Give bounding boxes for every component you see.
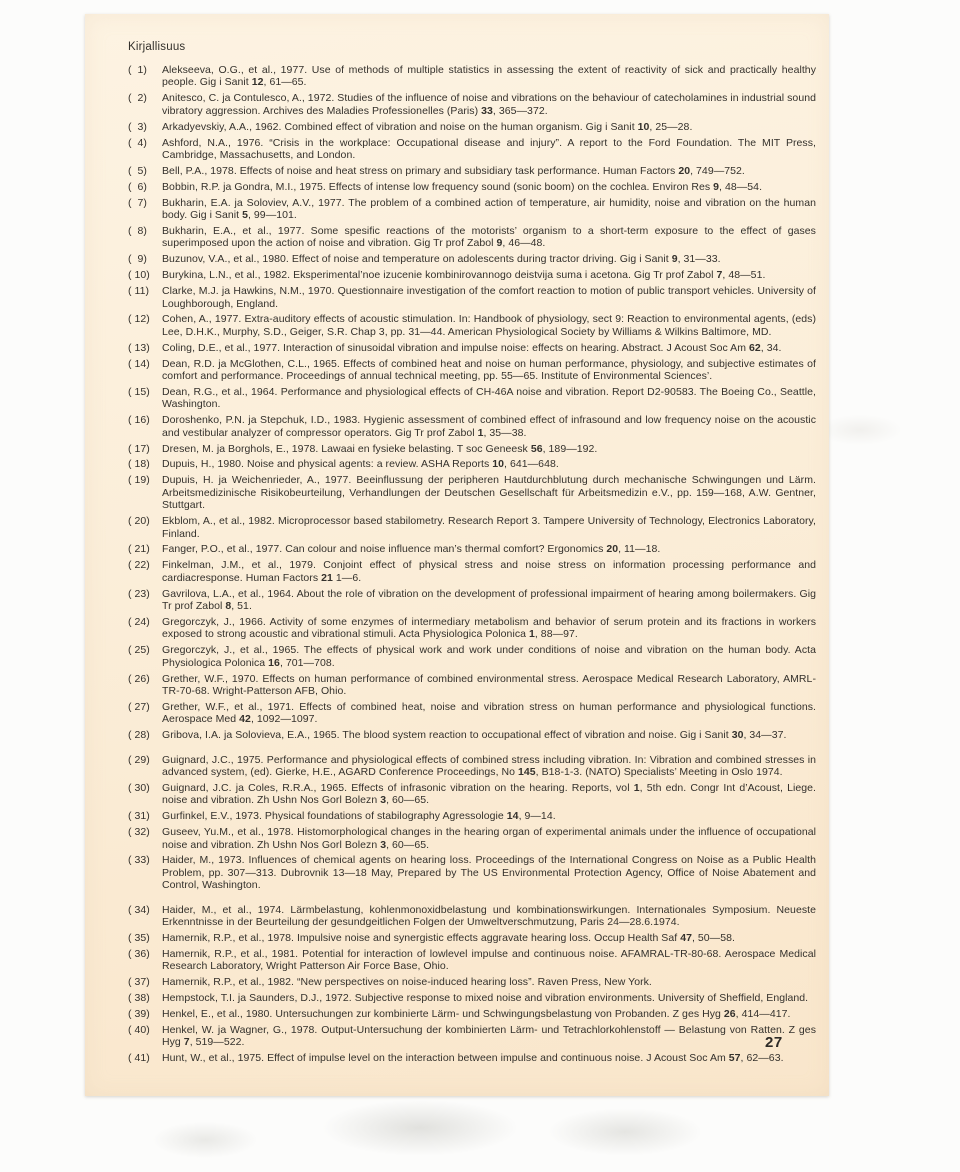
reference-entry: ( 37)Hamernik, R.P., et al., 1982. “New … xyxy=(128,976,816,988)
reference-text-segment: , 50—58. xyxy=(692,932,735,944)
reference-text: Dupuis, H. ja Weichenrieder, A., 1977. B… xyxy=(162,474,816,511)
reference-entry: ( 23)Gavrilova, L.A., et al., 1964. Abou… xyxy=(128,588,816,613)
reference-entry: ( 13)Coling, D.E., et al., 1977. Interac… xyxy=(128,342,816,354)
reference-text: Bukharin, E.A., et al., 1977. Some spesi… xyxy=(162,225,816,249)
reference-text: Haider, M., 1973. Influences of chemical… xyxy=(162,854,816,891)
volume-number: 57 xyxy=(729,1052,741,1064)
reference-entry: ( 15)Dean, R.G., et al., 1964. Performan… xyxy=(128,386,816,411)
volume-number: 62 xyxy=(749,342,761,354)
reference-text: Dresen, M. ja Borghols, E., 1978. Lawaai… xyxy=(162,443,597,455)
reference-text-segment: Finkelman, J.M., et al., 1979. Conjoint … xyxy=(162,559,816,583)
reference-text-segment: Hunt, W., et al., 1975. Effect of impuls… xyxy=(162,1052,729,1064)
reference-entry: ( 31)Gurfinkel, E.V., 1973. Physical fou… xyxy=(128,810,816,822)
volume-number: 26 xyxy=(724,1008,736,1020)
reference-number: ( 15) xyxy=(128,386,150,398)
reference-text: Hunt, W., et al., 1975. Effect of impuls… xyxy=(162,1052,784,1064)
reference-entry: ( 36)Hamernik, R.P., et al., 1981. Poten… xyxy=(128,948,816,973)
reference-entry: ( 9)Buzunov, V.A., et al., 1980. Effect … xyxy=(128,253,816,265)
reference-entry: ( 18)Dupuis, H., 1980. Noise and physica… xyxy=(128,458,816,470)
reference-text-segment: , B18-1-3. (NATO) Specialists’ Meeting i… xyxy=(536,766,783,778)
reference-text-segment: , 60—65. xyxy=(386,839,429,851)
reference-entry: ( 21)Fanger, P.O., et al., 1977. Can col… xyxy=(128,543,816,555)
reference-text-segment: , 34. xyxy=(761,342,782,354)
reference-entry: ( 8)Bukharin, E.A., et al., 1977. Some s… xyxy=(128,225,816,250)
reference-text-segment: Gregorczyk, J., 1966. Activity of some e… xyxy=(162,616,816,640)
reference-entry: ( 14)Dean, R.D. ja McGlothen, C.L., 1965… xyxy=(128,358,816,383)
reference-text-segment: Cohen, A., 1977. Extra-auditory effects … xyxy=(162,313,816,337)
reference-text-segment: Hempstock, T.I. ja Saunders, D.J., 1972.… xyxy=(162,992,808,1004)
reference-number: ( 19) xyxy=(128,474,150,486)
reference-text-segment: Dean, R.G., et al., 1964. Performance an… xyxy=(162,386,816,410)
reference-text-segment: Grether, W.F., 1970. Effects on human pe… xyxy=(162,673,816,697)
reference-text: Henkel, E., et al., 1980. Untersuchungen… xyxy=(162,1008,790,1020)
reference-text-segment: Henkel, W. ja Wagner, G., 1978. Output-U… xyxy=(162,1024,816,1048)
reference-text: Guignard, J.C. ja Coles, R.R.A., 1965. E… xyxy=(162,782,816,806)
reference-entry: ( 28)Gribova, I.A. ja Solovieva, E.A., 1… xyxy=(128,729,816,741)
reference-text: Cohen, A., 1977. Extra-auditory effects … xyxy=(162,313,816,337)
reference-text-segment: Gurfinkel, E.V., 1973. Physical foundati… xyxy=(162,810,507,822)
reference-text-segment: Hamernik, R.P., et al., 1981. Potential … xyxy=(162,948,816,972)
volume-number: 10 xyxy=(638,121,650,133)
reference-number: ( 30) xyxy=(128,782,150,794)
reference-text-segment: , 34—37. xyxy=(743,729,786,741)
reference-entry: ( 17)Dresen, M. ja Borghols, E., 1978. L… xyxy=(128,443,816,455)
reference-text: Bukharin, E.A. ja Soloviev, A.V., 1977. … xyxy=(162,197,816,221)
reference-entry: ( 26)Grether, W.F., 1970. Effects on hum… xyxy=(128,673,816,698)
reference-text-segment: , 46—48. xyxy=(502,237,545,249)
volume-number: 56 xyxy=(531,443,543,455)
reference-text-segment: Dresen, M. ja Borghols, E., 1978. Lawaai… xyxy=(162,443,531,455)
reference-text: Clarke, M.J. ja Hawkins, N.M., 1970. Que… xyxy=(162,285,816,309)
reference-text-segment: Ashford, N.A., 1976. “Crisis in the work… xyxy=(162,137,816,161)
reference-text: Hamernik, R.P., et al., 1978. Impulsive … xyxy=(162,932,735,944)
reference-number: ( 39) xyxy=(128,1008,150,1020)
reference-text-segment: , 414—417. xyxy=(736,1008,791,1020)
page-title: Kirjallisuus xyxy=(128,40,816,54)
reference-text-segment: Arkadyevskiy, A.A., 1962. Combined effec… xyxy=(162,121,638,133)
reference-entry: ( 30)Guignard, J.C. ja Coles, R.R.A., 19… xyxy=(128,782,816,807)
reference-text-segment: Burykina, L.N., et al., 1982. Eksperimen… xyxy=(162,269,717,281)
reference-text-segment: Guseev, Yu.M., et al., 1978. Histomorpho… xyxy=(162,826,816,850)
reference-number: ( 28) xyxy=(128,729,150,741)
volume-number: 14 xyxy=(507,810,519,822)
reference-entry: ( 19)Dupuis, H. ja Weichenrieder, A., 19… xyxy=(128,474,816,511)
reference-text-segment: , 48—54. xyxy=(719,181,762,193)
reference-text-segment: , 88—97. xyxy=(535,628,578,640)
reference-text: Hamernik, R.P., et al., 1982. “New persp… xyxy=(162,976,652,988)
reference-entry: ( 24)Gregorczyk, J., 1966. Activity of s… xyxy=(128,616,816,641)
reference-entry: ( 12)Cohen, A., 1977. Extra-auditory eff… xyxy=(128,313,816,338)
volume-number: 12 xyxy=(252,76,264,88)
reference-text-segment: Hamernik, R.P., et al., 1978. Impulsive … xyxy=(162,932,680,944)
reference-text: Doroshenko, P.N. ja Stepchuk, I.D., 1983… xyxy=(162,414,816,438)
reference-number: ( 29) xyxy=(128,754,150,766)
reference-number: ( 22) xyxy=(128,559,150,571)
reference-entry: ( 1)Alekseeva, O.G., et al., 1977. Use o… xyxy=(128,64,816,89)
reference-number: ( 9) xyxy=(128,253,147,265)
reference-entry: ( 10)Burykina, L.N., et al., 1982. Ekspe… xyxy=(128,269,816,281)
volume-number: 16 xyxy=(268,657,280,669)
reference-text-segment: , 99—101. xyxy=(248,209,297,221)
reference-text-segment: Gregorczyk, J., et al., 1965. The effect… xyxy=(162,644,816,668)
reference-number: ( 31) xyxy=(128,810,150,822)
reference-text-segment: Hamernik, R.P., et al., 1982. “New persp… xyxy=(162,976,652,988)
reference-entry: ( 25)Gregorczyk, J., et al., 1965. The e… xyxy=(128,644,816,669)
reference-text-segment: Fanger, P.O., et al., 1977. Can colour a… xyxy=(162,543,606,555)
reference-entry: ( 4)Ashford, N.A., 1976. “Crisis in the … xyxy=(128,137,816,162)
reference-entry: ( 35)Hamernik, R.P., et al., 1978. Impul… xyxy=(128,932,816,944)
reference-text-segment: , 189—192. xyxy=(543,443,598,455)
reference-text: Bell, P.A., 1978. Effects of noise and h… xyxy=(162,165,745,177)
reference-entry: ( 38)Hempstock, T.I. ja Saunders, D.J., … xyxy=(128,992,816,1004)
reference-text-segment: , 51. xyxy=(231,600,252,612)
reference-number: ( 16) xyxy=(128,414,150,426)
scan-background: Kirjallisuus ( 1)Alekseeva, O.G., et al.… xyxy=(0,0,960,1172)
reference-text: Anitesco, C. ja Contulesco, A., 1972. St… xyxy=(162,92,816,116)
reference-entry: ( 33)Haider, M., 1973. Influences of che… xyxy=(128,854,816,891)
reference-entry: ( 40)Henkel, W. ja Wagner, G., 1978. Out… xyxy=(128,1024,816,1049)
reference-entry: ( 34)Haider, M., et al., 1974. Lärmbelas… xyxy=(128,904,816,929)
reference-text: Guseev, Yu.M., et al., 1978. Histomorpho… xyxy=(162,826,816,850)
reference-text-segment: , 9—14. xyxy=(519,810,556,822)
reference-text-segment: Clarke, M.J. ja Hawkins, N.M., 1970. Que… xyxy=(162,285,816,309)
reference-text: Grether, W.F., 1970. Effects on human pe… xyxy=(162,673,816,697)
reference-text-segment: Gavrilova, L.A., et al., 1964. About the… xyxy=(162,588,816,612)
reference-text-segment: , 31—33. xyxy=(678,253,721,265)
reference-text-segment: Ekblom, A., et al., 1982. Microprocessor… xyxy=(162,515,816,539)
reference-entry: ( 27)Grether, W.F., et al., 1971. Effect… xyxy=(128,701,816,726)
reference-text: Dean, R.G., et al., 1964. Performance an… xyxy=(162,386,816,410)
reference-text: Ashford, N.A., 1976. “Crisis in the work… xyxy=(162,137,816,161)
reference-text-segment: Bobbin, R.P. ja Gondra, M.I., 1975. Effe… xyxy=(162,181,713,193)
reference-entry: ( 32)Guseev, Yu.M., et al., 1978. Histom… xyxy=(128,826,816,851)
reference-text: Coling, D.E., et al., 1977. Interaction … xyxy=(162,342,781,354)
reference-text-segment: Gribova, I.A. ja Solovieva, E.A., 1965. … xyxy=(162,729,732,741)
reference-text: Finkelman, J.M., et al., 1979. Conjoint … xyxy=(162,559,816,583)
reference-text-segment: , 519—522. xyxy=(190,1036,245,1048)
reference-number: ( 36) xyxy=(128,948,150,960)
reference-text-segment: , 35—38. xyxy=(483,427,526,439)
reference-text-segment: , 25—28. xyxy=(649,121,692,133)
reference-text: Dean, R.D. ja McGlothen, C.L., 1965. Eff… xyxy=(162,358,816,382)
reference-text: Alekseeva, O.G., et al., 1977. Use of me… xyxy=(162,64,816,88)
reference-text-segment: Guignard, J.C. ja Coles, R.R.A., 1965. E… xyxy=(162,782,634,794)
reference-text: Dupuis, H., 1980. Noise and physical age… xyxy=(162,458,559,470)
reference-entry: ( 29)Guignard, J.C., 1975. Performance a… xyxy=(128,754,816,779)
reference-number: ( 20) xyxy=(128,515,150,527)
reference-number: ( 26) xyxy=(128,673,150,685)
reference-text-segment: , 62—63. xyxy=(741,1052,784,1064)
reference-text: Guignard, J.C., 1975. Performance and ph… xyxy=(162,754,816,778)
reference-number: ( 1) xyxy=(128,64,147,76)
reference-text: Gurfinkel, E.V., 1973. Physical foundati… xyxy=(162,810,556,822)
reference-text: Arkadyevskiy, A.A., 1962. Combined effec… xyxy=(162,121,692,133)
reference-number: ( 17) xyxy=(128,443,150,455)
reference-text-segment: 1—6. xyxy=(333,572,361,584)
reference-number: ( 41) xyxy=(128,1052,150,1064)
volume-number: 33 xyxy=(481,105,493,117)
reference-number: ( 12) xyxy=(128,313,150,325)
reference-number: ( 10) xyxy=(128,269,150,281)
reference-text-segment: Henkel, E., et al., 1980. Untersuchungen… xyxy=(162,1008,724,1020)
reference-number: ( 6) xyxy=(128,181,147,193)
reference-number: ( 34) xyxy=(128,904,150,916)
reference-number: ( 38) xyxy=(128,992,150,1004)
reference-text-segment: , 641—648. xyxy=(504,458,559,470)
reference-text-segment: Dupuis, H., 1980. Noise and physical age… xyxy=(162,458,492,470)
reference-entry: ( 11)Clarke, M.J. ja Hawkins, N.M., 1970… xyxy=(128,285,816,310)
reference-entry: ( 39)Henkel, E., et al., 1980. Untersuch… xyxy=(128,1008,816,1020)
reference-number: ( 24) xyxy=(128,616,150,628)
reference-text: Henkel, W. ja Wagner, G., 1978. Output-U… xyxy=(162,1024,816,1048)
reference-text-segment: Bell, P.A., 1978. Effects of noise and h… xyxy=(162,165,678,177)
reference-text: Gavrilova, L.A., et al., 1964. About the… xyxy=(162,588,816,612)
reference-text: Burykina, L.N., et al., 1982. Eksperimen… xyxy=(162,269,765,281)
reference-entry: ( 3)Arkadyevskiy, A.A., 1962. Combined e… xyxy=(128,121,816,133)
reference-text-segment: , 11—18. xyxy=(618,543,660,555)
reference-entry: ( 16)Doroshenko, P.N. ja Stepchuk, I.D.,… xyxy=(128,414,816,439)
volume-number: 42 xyxy=(239,713,251,725)
reference-number: ( 5) xyxy=(128,165,147,177)
reference-entry: ( 7)Bukharin, E.A. ja Soloviev, A.V., 19… xyxy=(128,197,816,222)
reference-text-segment: , 365—372. xyxy=(493,105,548,117)
volume-number: 10 xyxy=(492,458,504,470)
document-page: Kirjallisuus ( 1)Alekseeva, O.G., et al.… xyxy=(85,14,829,1096)
reference-text: Ekblom, A., et al., 1982. Microprocessor… xyxy=(162,515,816,539)
reference-entry: ( 20)Ekblom, A., et al., 1982. Microproc… xyxy=(128,515,816,540)
reference-text-segment: , 48—51. xyxy=(722,269,765,281)
reference-entry: ( 5)Bell, P.A., 1978. Effects of noise a… xyxy=(128,165,816,177)
reference-list: ( 1)Alekseeva, O.G., et al., 1977. Use o… xyxy=(128,64,816,1065)
volume-number: 21 xyxy=(321,572,333,584)
reference-entry: ( 2)Anitesco, C. ja Contulesco, A., 1972… xyxy=(128,92,816,117)
volume-number: 47 xyxy=(680,932,692,944)
reference-number: ( 40) xyxy=(128,1024,150,1036)
reference-text: Haider, M., et al., 1974. Lärmbelastung,… xyxy=(162,904,816,928)
volume-number: 20 xyxy=(606,543,618,555)
reference-number: ( 4) xyxy=(128,137,147,149)
reference-text: Gregorczyk, J., 1966. Activity of some e… xyxy=(162,616,816,640)
reference-text-segment: Haider, M., et al., 1974. Lärmbelastung,… xyxy=(162,904,816,928)
reference-number: ( 37) xyxy=(128,976,150,988)
reference-text: Bobbin, R.P. ja Gondra, M.I., 1975. Effe… xyxy=(162,181,762,193)
reference-text-segment: Haider, M., 1973. Influences of chemical… xyxy=(162,854,816,891)
reference-number: ( 32) xyxy=(128,826,150,838)
reference-number: ( 2) xyxy=(128,92,147,104)
reference-text: Buzunov, V.A., et al., 1980. Effect of n… xyxy=(162,253,721,265)
reference-text: Hempstock, T.I. ja Saunders, D.J., 1972.… xyxy=(162,992,808,1004)
reference-text: Gregorczyk, J., et al., 1965. The effect… xyxy=(162,644,816,668)
reference-entry: ( 6)Bobbin, R.P. ja Gondra, M.I., 1975. … xyxy=(128,181,816,193)
reference-text: Gribova, I.A. ja Solovieva, E.A., 1965. … xyxy=(162,729,786,741)
volume-number: 145 xyxy=(518,766,536,778)
reference-text-segment: , 701—708. xyxy=(280,657,335,669)
reference-number: ( 11) xyxy=(128,285,149,297)
reference-text-segment: , 61—65. xyxy=(264,76,307,88)
reference-number: ( 8) xyxy=(128,225,147,237)
reference-text: Grether, W.F., et al., 1971. Effects of … xyxy=(162,701,816,725)
reference-text-segment: Coling, D.E., et al., 1977. Interaction … xyxy=(162,342,749,354)
reference-number: ( 21) xyxy=(128,543,150,555)
reference-number: ( 35) xyxy=(128,932,150,944)
reference-text-segment: , 60—65. xyxy=(386,794,429,806)
reference-number: ( 23) xyxy=(128,588,150,600)
reference-text-segment: Buzunov, V.A., et al., 1980. Effect of n… xyxy=(162,253,672,265)
reference-text-segment: , 1092—1097. xyxy=(251,713,318,725)
reference-number: ( 13) xyxy=(128,342,150,354)
reference-number: ( 3) xyxy=(128,121,147,133)
reference-entry: ( 41)Hunt, W., et al., 1975. Effect of i… xyxy=(128,1052,816,1064)
reference-text: Hamernik, R.P., et al., 1981. Potential … xyxy=(162,948,816,972)
reference-text-segment: Bukharin, E.A., et al., 1977. Some spesi… xyxy=(162,225,816,249)
reference-number: ( 14) xyxy=(128,358,150,370)
reference-text-segment: , 749—752. xyxy=(690,165,745,177)
reference-number: ( 27) xyxy=(128,701,150,713)
volume-number: 30 xyxy=(732,729,744,741)
reference-number: ( 33) xyxy=(128,854,150,866)
reference-text: Fanger, P.O., et al., 1977. Can colour a… xyxy=(162,543,660,555)
reference-number: ( 18) xyxy=(128,458,150,470)
reference-number: ( 25) xyxy=(128,644,150,656)
reference-number: ( 7) xyxy=(128,197,147,209)
volume-number: 20 xyxy=(678,165,690,177)
page-number: 27 xyxy=(765,1034,783,1051)
reference-text-segment: Dean, R.D. ja McGlothen, C.L., 1965. Eff… xyxy=(162,358,816,382)
reference-text-segment: Dupuis, H. ja Weichenrieder, A., 1977. B… xyxy=(162,474,816,511)
reference-entry: ( 22)Finkelman, J.M., et al., 1979. Conj… xyxy=(128,559,816,584)
